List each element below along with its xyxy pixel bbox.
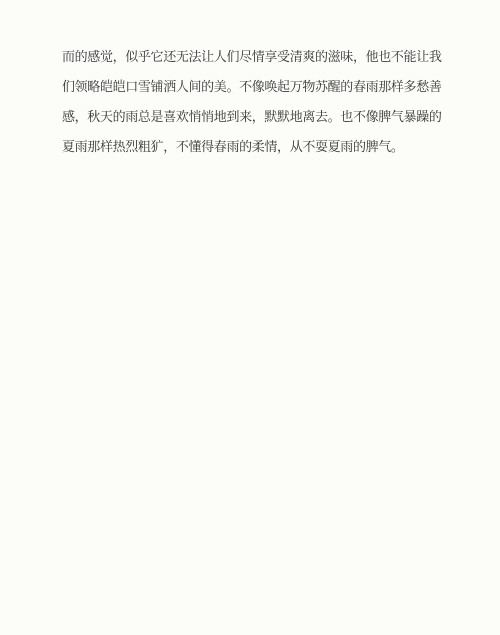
paragraph-line-4: 夏雨那样热烈粗犷，不懂得春雨的柔情，从不耍夏雨的脾气。: [62, 132, 446, 162]
paragraph-line-1: 而的感觉，似乎它还无法让人们尽情享受清爽的滋味，他也不能让我: [62, 42, 446, 72]
paragraph-line-2: 们领略皑皑口雪铺洒人间的美。不像唤起万物苏醒的春雨那样多愁善: [62, 72, 446, 102]
paragraph: 而的感觉，似乎它还无法让人们尽情享受清爽的滋味，他也不能让我 们领略皑皑口雪铺洒…: [62, 42, 446, 162]
document-page: 而的感觉，似乎它还无法让人们尽情享受清爽的滋味，他也不能让我 们领略皑皑口雪铺洒…: [0, 0, 500, 635]
paragraph-line-3: 感，秋天的雨总是喜欢悄悄地到来，默默地离去。也不像脾气暴躁的: [62, 102, 446, 132]
